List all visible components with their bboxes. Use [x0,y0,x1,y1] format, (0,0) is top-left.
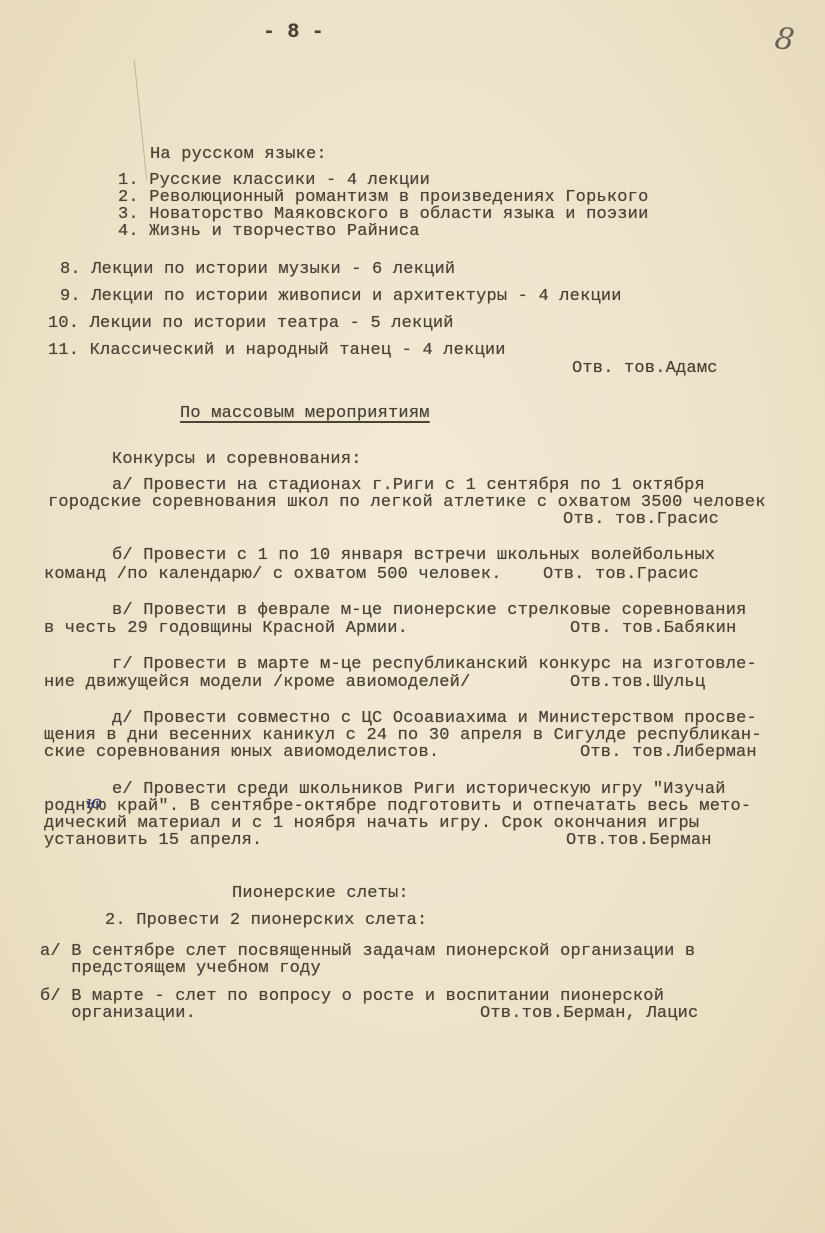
event-responsible: Отв. тов.Либерман [580,744,757,762]
lecture-item: 9. Лекции по истории живописи и архитект… [60,288,622,306]
competitions-subheading: Конкурсы и соревнования: [112,451,362,469]
event-responsible: Отв.тов.Шульц [570,674,705,692]
russian-item: 4. Жизнь и творчество Райниса [118,223,420,241]
pioneer-rallies-heading: Пионерские слеты: [232,885,409,903]
event-item-line: б/ Провести с 1 по 10 января встречи шко… [112,547,715,565]
event-item-line: ние движущейся модели /кроме авиомоделей… [44,674,470,692]
event-item-line: в честь 29 годовщины Красной Армии. [44,620,408,638]
event-responsible: Отв. тов.Бабякин [570,620,736,638]
mass-events-heading: По массовым мероприятиям [180,405,430,423]
event-item-line: в/ Провести в феврале м-це пионерские ст… [112,602,747,620]
event-item-line: г/ Провести в марте м-це республиканский… [112,656,757,674]
lecture-item: 10. Лекции по истории театра - 5 лекций [48,315,454,333]
lectures-responsible: Отв. тов.Адамс [572,360,718,378]
rally-item-line: организации. [40,1005,196,1023]
document-page: - 8 - 8 На русском языке: 1. Русские кла… [0,0,825,1233]
lecture-item: 11. Классический и народный танец - 4 ле… [48,342,506,360]
handwritten-page-number: 8 [773,21,797,58]
event-item-line: команд /по календарю/ с охватом 500 чело… [44,566,502,584]
page-number: - 8 - [263,24,324,42]
event-responsible: Отв. тов.Грасис [543,566,699,584]
paper-crease [134,60,148,179]
russian-section-heading: На русском языке: [150,146,327,164]
rally-item-line: предстоящем учебном году [40,960,321,978]
pioneer-rallies-intro: 2. Провести 2 пионерских слета: [105,912,427,930]
event-item-line: установить 15 апреля. [44,832,262,850]
lecture-item: 8. Лекции по истории музыки - 6 лекций [60,261,455,279]
rally-responsible: Отв.тов.Берман, Лацис [480,1005,698,1023]
event-responsible: Отв.тов.Берман [566,832,712,850]
handwritten-correction: ю [86,794,102,812]
event-responsible: Отв. тов.Грасис [563,511,719,529]
event-item-line: ские соревнования юных авиомоделистов. [44,744,439,762]
